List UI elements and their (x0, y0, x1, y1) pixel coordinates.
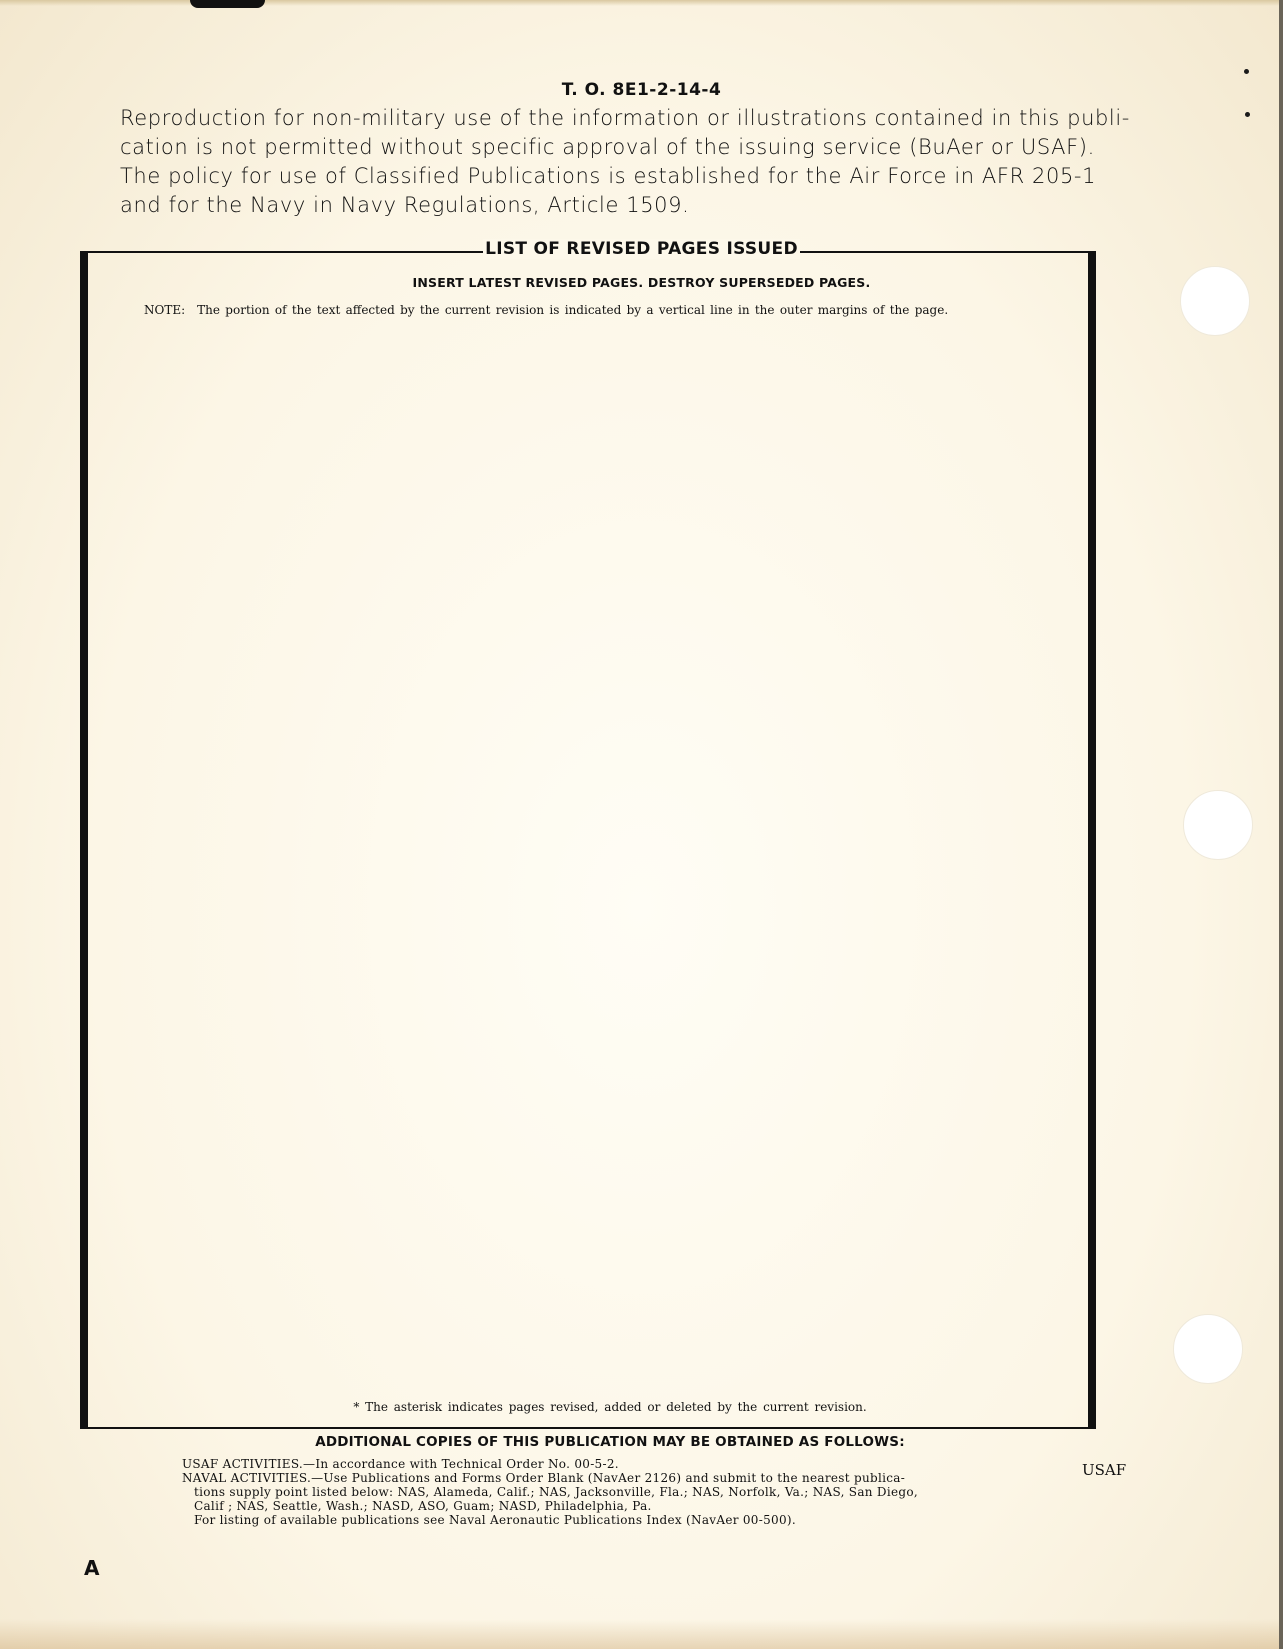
ink-blot (190, 0, 265, 8)
punch-dot-icon (1244, 69, 1249, 74)
notice-line: cation is not permitted without specific… (120, 133, 1100, 162)
note-label: NOTE: (144, 303, 185, 317)
usaf-activities-line: USAF ACTIVITIES.—In accordance with Tech… (182, 1457, 1042, 1471)
supply-points-line: tions supply point listed below: NAS, Al… (182, 1485, 1042, 1499)
binder-hole-icon (1173, 1314, 1243, 1384)
publications-index-line: For listing of available publications se… (182, 1513, 1042, 1527)
binder-hole-icon (1183, 790, 1253, 860)
page-letter: A (84, 1556, 99, 1580)
revised-pages-box (80, 251, 1096, 1429)
note-text: The portion of the text affected by the … (197, 303, 948, 317)
notice-line: and for the Navy in Navy Regulations, Ar… (120, 191, 1100, 220)
notice-line: Reproduction for non-military use of the… (120, 104, 1100, 133)
asterisk-note: * The asterisk indicates pages revised, … (0, 1400, 1220, 1414)
punch-dot-icon (1245, 112, 1250, 117)
document-number: T. O. 8E1-2-14-4 (0, 80, 1283, 100)
revised-pages-title: LIST OF REVISED PAGES ISSUED (483, 239, 800, 259)
revision-note: NOTE:The portion of the text affected by… (144, 303, 1104, 317)
distribution-info: USAF ACTIVITIES.—In accordance with Tech… (182, 1457, 1042, 1527)
supply-points-line: Calif ; NAS, Seattle, Wash.; NASD, ASO, … (182, 1499, 1042, 1513)
additional-copies-title: ADDITIONAL COPIES OF THIS PUBLICATION MA… (0, 1434, 1220, 1450)
reproduction-notice: Reproduction for non-military use of the… (120, 104, 1100, 220)
insert-instruction: INSERT LATEST REVISED PAGES. DESTROY SUP… (0, 275, 1283, 290)
service-tag: USAF (1082, 1461, 1126, 1479)
revised-pages-title-wrap: LIST OF REVISED PAGES ISSUED (0, 239, 1283, 259)
naval-activities-line: NAVAL ACTIVITIES.—Use Publications and F… (182, 1471, 1042, 1485)
notice-line: The policy for use of Classified Publica… (120, 162, 1100, 191)
paper-stain (0, 1619, 1283, 1649)
